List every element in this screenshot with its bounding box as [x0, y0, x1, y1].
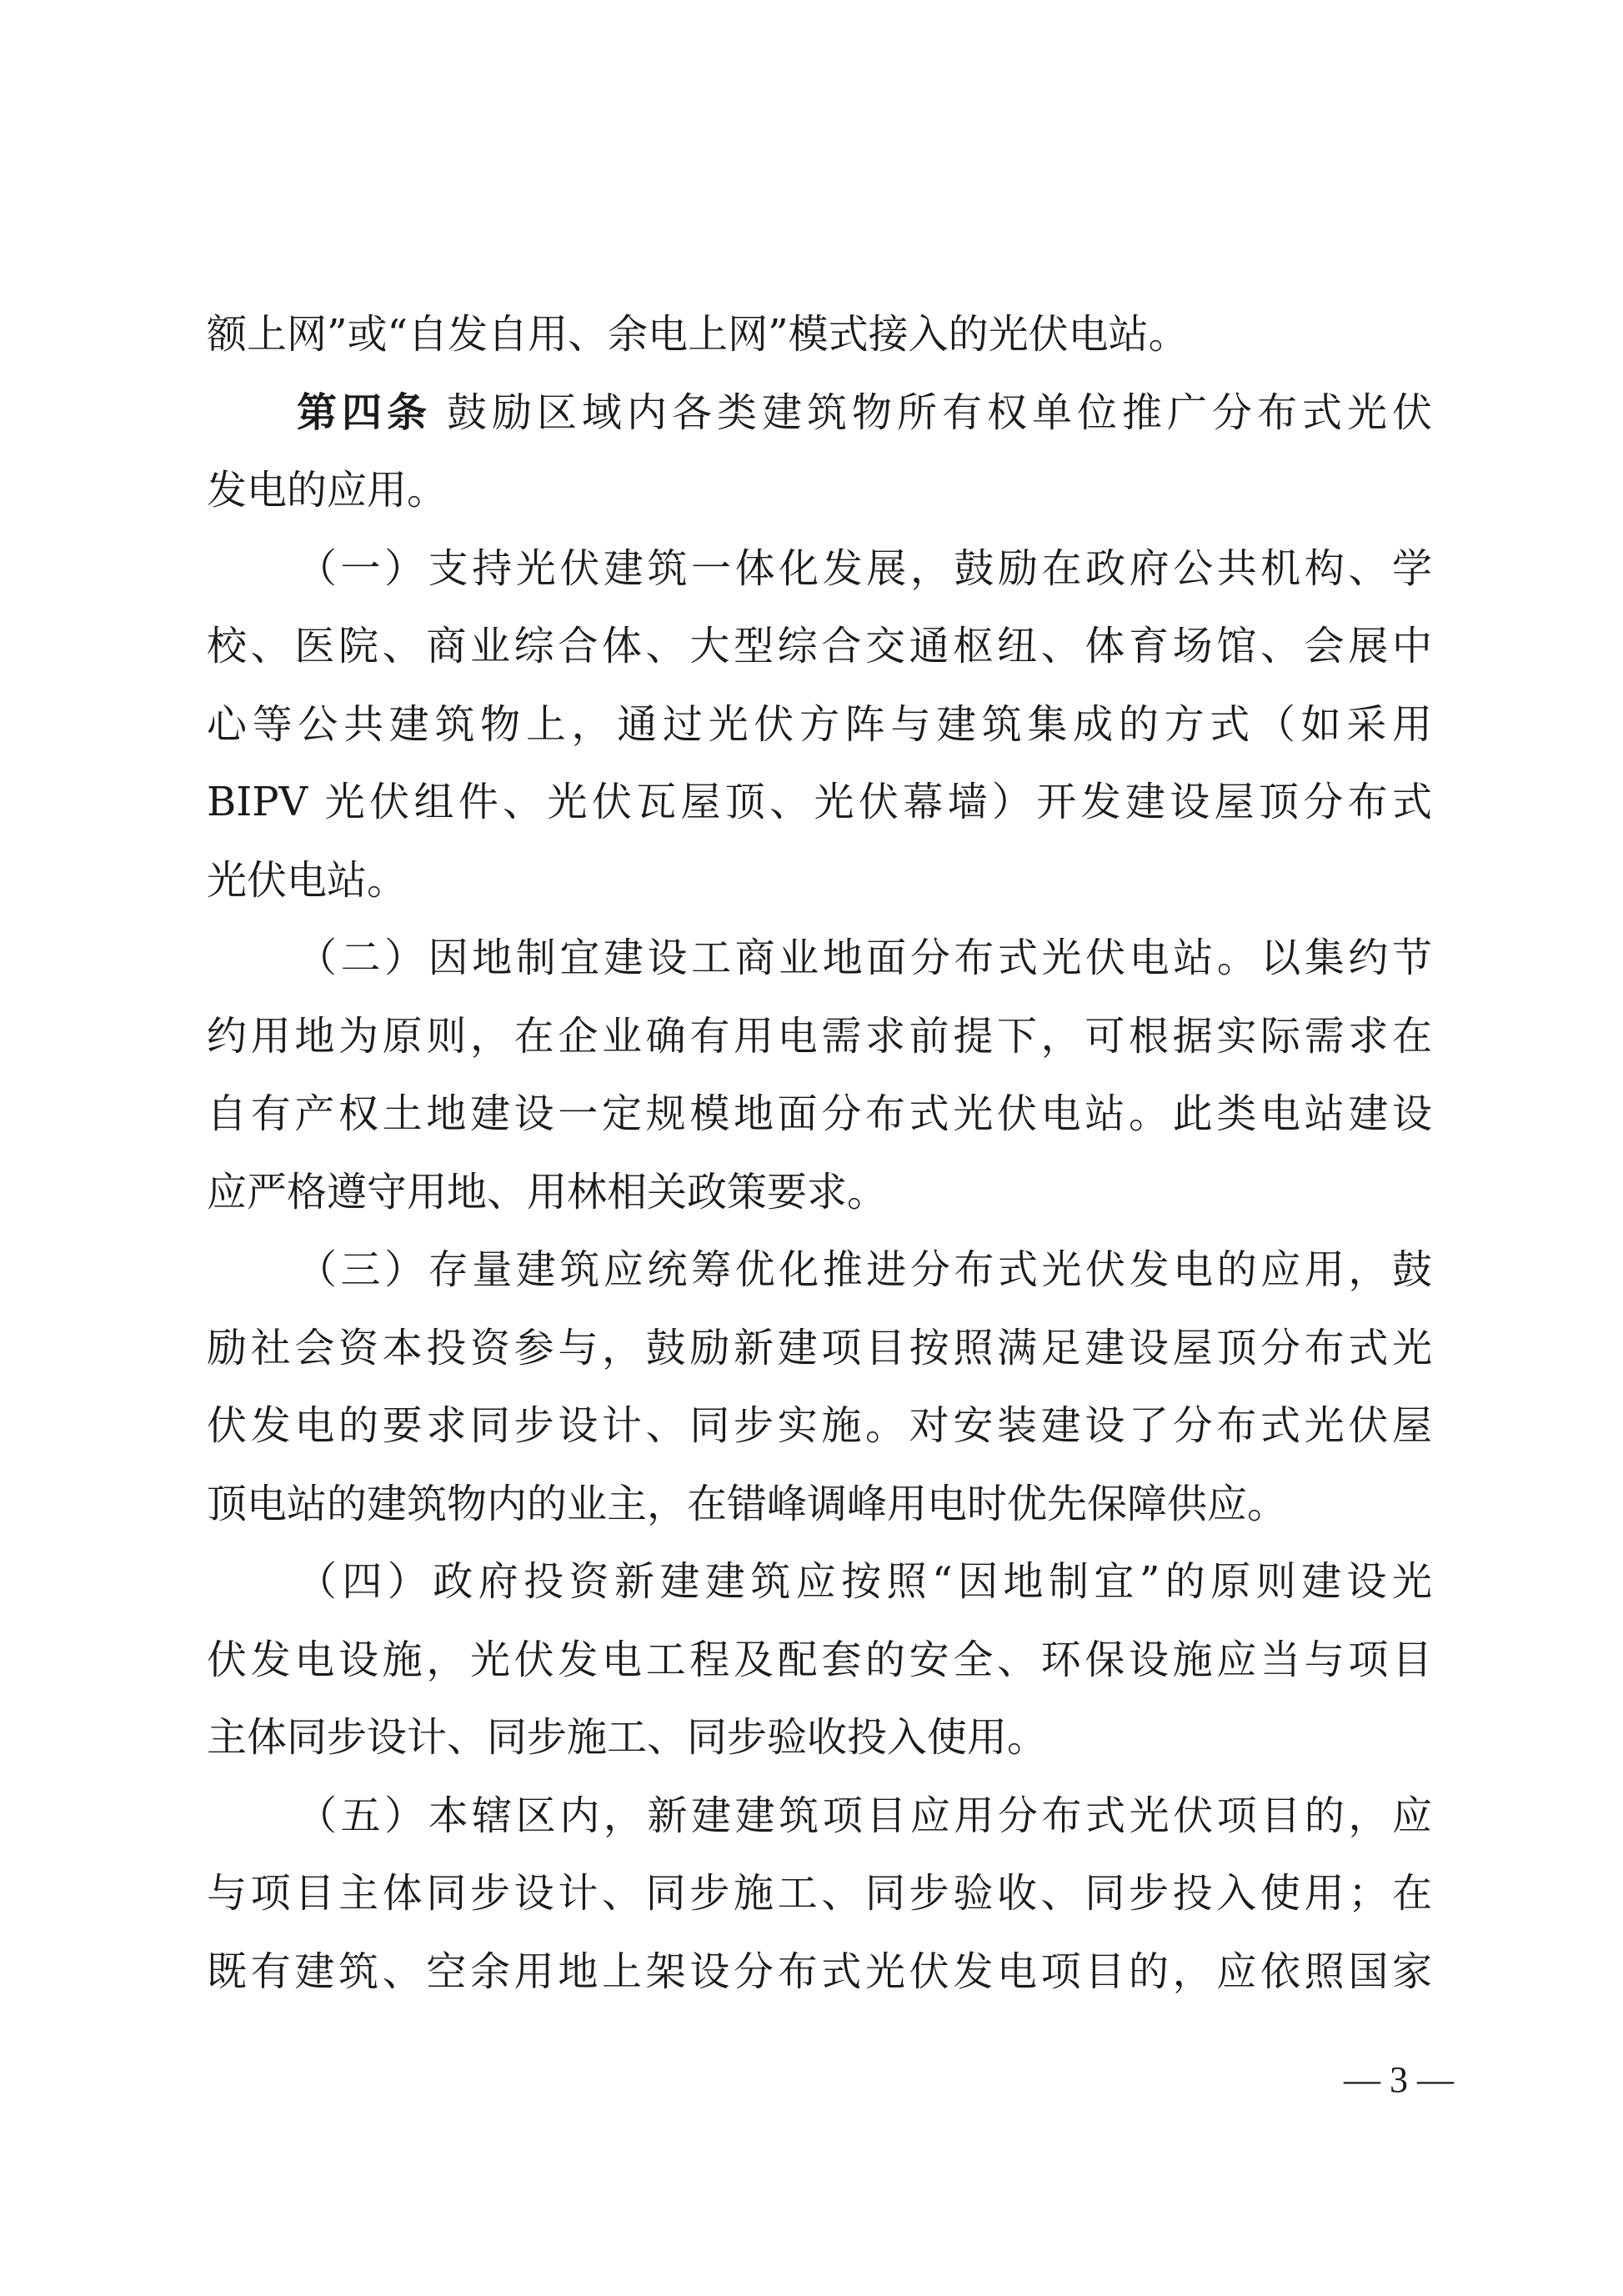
article-number: 第四条	[297, 389, 432, 436]
text-line: 伏发电的要求同步设计、同步实施。对安装建设了分布式光伏屋	[207, 1387, 1432, 1466]
text-line: 主体同步设计、同步施工、同步验收投入使用。	[207, 1699, 1432, 1777]
text-line: 约用地为原则，在企业确有用电需求前提下，可根据实际需求在	[207, 998, 1432, 1076]
text-line: 校、医院、商业综合体、大型综合交通枢纽、体育场馆、会展中	[207, 608, 1432, 686]
text-line: 发电的应用。	[207, 452, 1432, 530]
text-line: 自有产权土地建设一定规模地面分布式光伏电站。此类电站建设	[207, 1075, 1432, 1154]
text-line: 励社会资本投资参与，鼓励新建项目按照满足建设屋顶分布式光	[207, 1310, 1432, 1388]
text-line: （一）支持光伏建筑一体化发展，鼓励在政府公共机构、学	[207, 530, 1432, 609]
text-line: （三）存量建筑应统筹优化推进分布式光伏发电的应用，鼓	[207, 1231, 1432, 1310]
page-number: — 3 —	[1344, 2059, 1454, 2101]
text-span: 鼓励区域内各类建筑物所有权单位推广分布式光伏	[447, 389, 1432, 436]
text-line: 与项目主体同步设计、同步施工、同步验收、同步投入使用；在	[207, 1855, 1432, 1933]
document-body: 额上网”或“自发自用、余电上网”模式接入的光伏电站。 第四条鼓励区域内各类建筑物…	[207, 296, 1432, 2011]
text-line: 额上网”或“自发自用、余电上网”模式接入的光伏电站。	[207, 296, 1432, 374]
text-line: （五）本辖区内，新建建筑项目应用分布式光伏项目的，应	[207, 1777, 1432, 1856]
text-line: BIPV 光伏组件、光伏瓦屋顶、光伏幕墙）开发建设屋顶分布式	[207, 764, 1432, 842]
text-line: 既有建筑、空余用地上架设分布式光伏发电项目的，应依照国家	[207, 1933, 1432, 2012]
text-line: 伏发电设施，光伏发电工程及配套的安全、环保设施应当与项目	[207, 1622, 1432, 1700]
article-heading-line: 第四条鼓励区域内各类建筑物所有权单位推广分布式光伏	[207, 374, 1432, 453]
text-line: 光伏电站。	[207, 842, 1432, 920]
text-line: 应严格遵守用地、用林相关政策要求。	[207, 1154, 1432, 1232]
text-line: （二）因地制宜建设工商业地面分布式光伏电站。以集约节	[207, 920, 1432, 998]
text-line: 心等公共建筑物上，通过光伏方阵与建筑集成的方式（如采用	[207, 686, 1432, 764]
text-line: （四）政府投资新建建筑应按照“因地制宜”的原则建设光	[207, 1543, 1432, 1622]
text-line: 顶电站的建筑物内的业主，在错峰调峰用电时优先保障供应。	[207, 1466, 1432, 1544]
